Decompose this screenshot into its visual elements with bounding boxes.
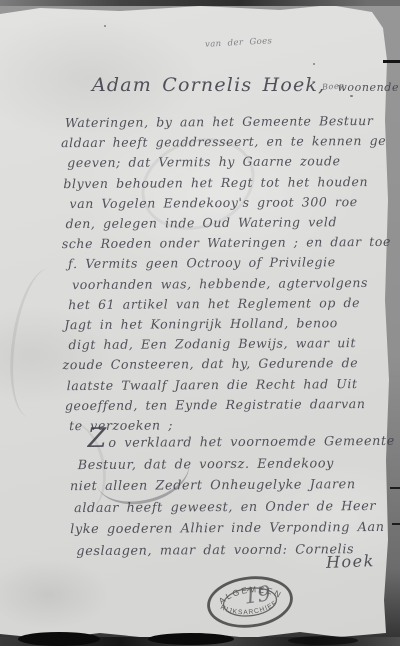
manuscript-line: laatste Twaalf Jaaren die Recht had Uit: [67, 373, 392, 395]
addressee-name: Adam Cornelis Hoek,: [92, 74, 325, 96]
opening-continuation: woonende te: [337, 81, 400, 94]
paper-edge-shadow: [18, 632, 100, 646]
manuscript-paragraph-2: Zo verklaard het voornoemde Gemeente Bes…: [70, 431, 396, 562]
manuscript-line: ƒ. Vermits geen Octrooy of Privilegie: [68, 252, 391, 274]
paper-edge-shadow: [288, 636, 358, 645]
manuscript-line: zoude Consteeren, dat hy, Gedurende de: [63, 353, 392, 376]
manuscript-opening-line: Adam Cornelis Hoek,woonende te: [92, 74, 400, 96]
manuscript-line: lyke goederen Alhier inde Verponding Aan: [70, 517, 395, 541]
manuscript-line: het 61 artikel van het Reglement op de: [68, 293, 391, 315]
scan-background-top-edge: [0, 0, 400, 6]
signature: Hoek: [326, 551, 375, 572]
manuscript-paragraph-1: Wateringen, by aan het Gemeente Bestuur …: [61, 111, 392, 437]
manuscript-line: van Vogelen Eendekooy's groot 300 roe: [69, 192, 390, 214]
stamp-handwritten-number: 19: [242, 581, 272, 608]
manuscript-line: Bestuur, dat de voorsz. Eendekooy: [78, 452, 395, 476]
manuscript-line: voorhanden was, hebbende, agtervolgens: [72, 272, 391, 294]
manuscript-line: geoeffend, ten Eynde Registratie daarvan: [65, 394, 392, 416]
manuscript-line: aldaar heeft geweest, en Onder de Heer: [74, 495, 395, 519]
manuscript-line: digt had, Een Zodanig Bewijs, waar uit: [68, 333, 391, 355]
manuscript-line: den, gelegen inde Oud Watering veld: [66, 212, 391, 234]
manuscript-line: Wateringen, by aan het Gemeente Bestuur: [65, 111, 390, 133]
ink-speck: [313, 63, 315, 65]
interlinear-insertion: Boer: [322, 81, 344, 91]
manuscript-line: aldaar heeft geaddresseert, en te kennen…: [61, 131, 390, 154]
manuscript-line: blyven behouden het Regt tot het houden: [63, 171, 390, 193]
background-mark: [392, 523, 400, 525]
background-mark: [390, 487, 400, 489]
manuscript-line: niet alleen Zedert Onheugelyke Jaaren: [70, 474, 395, 498]
manuscript-line: Jagt in het Koningrijk Holland, benoo: [64, 313, 391, 335]
manuscript-line: Zo verklaard het voornoemde Gemeente: [88, 431, 395, 455]
paper-edge-shadow: [148, 633, 234, 645]
manuscript-line: geeven; dat Vermits hy Gaarne zoude: [67, 151, 390, 173]
manuscript-line: sche Roeden onder Wateringen ; en daar t…: [62, 232, 391, 255]
document-scan: van der Goes Adam Cornelis Hoek,woonende…: [0, 0, 400, 646]
background-crack-line: [383, 60, 400, 63]
ink-speck: [104, 25, 106, 27]
